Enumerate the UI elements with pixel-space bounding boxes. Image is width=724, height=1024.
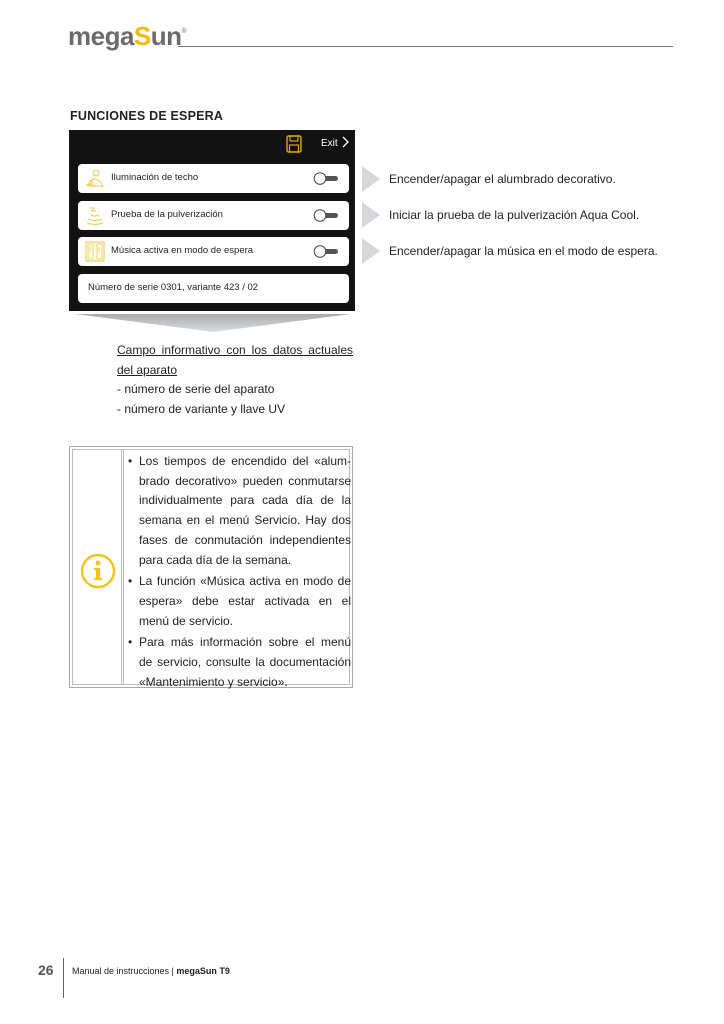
logo-highlight: S bbox=[134, 21, 151, 51]
exit-button[interactable]: Exit bbox=[321, 138, 338, 149]
serial-info-text: Número de serie 0301, variante 423 / 02 bbox=[88, 282, 258, 293]
logo-prefix: mega bbox=[68, 21, 134, 51]
toggle-switch-off[interactable] bbox=[313, 245, 339, 258]
pointer-triangle-icon bbox=[362, 238, 380, 264]
footer-rule bbox=[63, 958, 64, 998]
chevron-right-icon[interactable] bbox=[340, 135, 350, 149]
pointer-triangle-icon bbox=[362, 202, 380, 228]
footer-text: Manual de instrucciones | megaSun T9 bbox=[72, 966, 230, 976]
header-rule bbox=[178, 46, 673, 47]
callout-text: Encender/apagar la música en el modo de … bbox=[389, 244, 658, 258]
logo-suffix: un bbox=[151, 21, 182, 51]
note-divider bbox=[121, 450, 124, 684]
row-label: Prueba de la pulverización bbox=[111, 209, 223, 220]
note-text: Los tiempos de encendido del «alum-brado… bbox=[126, 452, 351, 694]
standby-functions-screen: Exit Iluminación de techo Prueba de la p… bbox=[69, 130, 355, 311]
product-name: megaSun T9 bbox=[176, 966, 230, 976]
page-number: 26 bbox=[38, 962, 54, 978]
megasun-logo: megaSun® bbox=[68, 20, 182, 52]
ceiling-light-icon bbox=[84, 168, 106, 189]
info-field-item: - número de variante y llave UV bbox=[117, 400, 353, 420]
floppy-disk-icon[interactable] bbox=[286, 135, 302, 153]
note-box: Los tiempos de encendido del «alum-brado… bbox=[69, 446, 353, 688]
manual-label: Manual de instrucciones | bbox=[72, 966, 176, 976]
spray-icon bbox=[84, 205, 106, 226]
spray-test-row[interactable]: Prueba de la pulverización bbox=[78, 201, 349, 230]
info-field-description: Campo informativo con los datos actuales… bbox=[117, 341, 353, 419]
note-bullet: Los tiempos de encendido del «alum-brado… bbox=[126, 452, 351, 570]
callout-text: Encender/apagar el alumbrado decorativo. bbox=[389, 172, 616, 186]
toggle-switch-off[interactable] bbox=[313, 172, 339, 185]
note-bullet: Para más información sobre el menú de se… bbox=[126, 633, 351, 692]
down-arrow-indicator bbox=[75, 314, 351, 332]
toggle-switch-off[interactable] bbox=[313, 209, 339, 222]
standby-music-row[interactable]: Música activa en modo de espera bbox=[78, 237, 349, 266]
music-standby-icon bbox=[84, 241, 106, 262]
callout-text: Iniciar la prueba de la pulverización Aq… bbox=[389, 208, 639, 222]
pointer-triangle-icon bbox=[362, 166, 380, 192]
ceiling-light-row[interactable]: Iluminación de techo bbox=[78, 164, 349, 193]
info-icon bbox=[80, 553, 116, 589]
registered-mark: ® bbox=[182, 16, 187, 48]
row-label: Música activa en modo de espera bbox=[111, 245, 253, 256]
note-bullet: La función «Música activa en modo de esp… bbox=[126, 572, 351, 631]
info-field-title-line2: del aparato bbox=[117, 361, 353, 381]
section-title: FUNCIONES DE ESPERA bbox=[70, 109, 223, 123]
info-field-item: - número de serie del aparato bbox=[117, 380, 353, 400]
info-field-title-line1: Campo informativo con los datos actuales bbox=[117, 341, 353, 361]
row-label: Iluminación de techo bbox=[111, 172, 198, 183]
serial-info-field: Número de serie 0301, variante 423 / 02 bbox=[78, 274, 349, 303]
